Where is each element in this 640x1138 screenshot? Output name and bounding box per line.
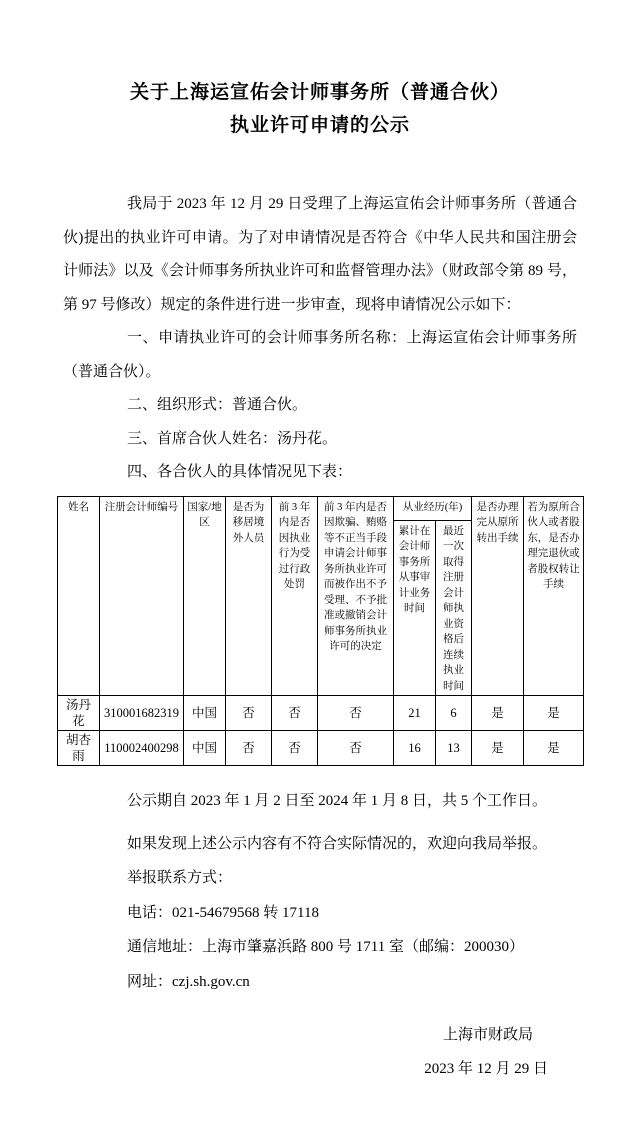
col-header-admin-penalty-3y: 前 3 年内是否因执业行为受过行政处罚 (272, 496, 318, 696)
document-title-line-1: 关于上海运宣佑会计师事务所（普通合伙） (63, 76, 577, 109)
contact-address: 通信地址：上海市肇嘉浜路 800 号 1711 室（邮编：200030） (63, 930, 577, 965)
cell-withdrawal-done: 是 (524, 731, 584, 766)
partner-details-table: 姓名 注册会计师编号 国家/地区 是否为移居境外人员 前 3 年内是否因执业行为… (57, 496, 584, 767)
notice-document-page: 关于上海运宣佑会计师事务所（普通合伙） 执业许可申请的公示 我局于 2023 年… (0, 0, 640, 1138)
cell-admin-penalty-3y: 否 (272, 696, 318, 731)
cell-fraud-rejection-3y: 否 (318, 731, 394, 766)
col-header-transfer-out-done: 是否办理完从原所转出手续 (472, 496, 524, 696)
contact-website: 网址：czj.sh.gov.cn (63, 965, 577, 1000)
report-invitation-paragraph: 如果发现上述公示内容有不符合实际情况的，欢迎向我局举报。 (63, 828, 577, 862)
cell-emigrated-abroad: 否 (226, 696, 272, 731)
cell-name: 胡杏雨 (58, 731, 100, 766)
signature-block: 上海市财政局 2023 年 12 月 29 日 (63, 1019, 577, 1086)
cell-audit-years-total: 21 (394, 696, 436, 731)
col-header-withdrawal-done: 若为原所合伙人或者股东，是否办理完退伙或者股权转让手续 (524, 496, 584, 696)
item-organization-form: 二、组织形式：普通合伙。 (63, 389, 577, 423)
col-header-continuous-practice-years: 最近一次取得注册会计师执业资格后连续执业时间 (436, 520, 472, 696)
cell-continuous-practice-years: 13 (436, 731, 472, 766)
cell-emigrated-abroad: 否 (226, 731, 272, 766)
col-header-fraud-rejection-3y: 前 3 年内是否因欺骗、贿赂等不正当手段申请会计师事务所执业许可而被作出不予受理… (318, 496, 394, 696)
col-header-emigrated-abroad: 是否为移居境外人员 (226, 496, 272, 696)
cell-continuous-practice-years: 6 (436, 696, 472, 731)
cell-cpa-number: 310001682319 (100, 696, 184, 731)
contact-phone: 电话：021-54679568 转 17118 (63, 896, 577, 931)
cell-country-region: 中国 (184, 731, 226, 766)
table-row-partner-2: 胡杏雨 110002400298 中国 否 否 否 16 13 是 是 (58, 731, 584, 766)
document-title: 关于上海运宣佑会计师事务所（普通合伙） 执业许可申请的公示 (63, 76, 577, 142)
cell-country-region: 中国 (184, 696, 226, 731)
cell-transfer-out-done: 是 (472, 731, 524, 766)
cell-audit-years-total: 16 (394, 731, 436, 766)
cell-withdrawal-done: 是 (524, 696, 584, 731)
col-header-country-region: 国家/地区 (184, 496, 226, 696)
col-header-name: 姓名 (58, 496, 100, 696)
cell-name: 汤丹花 (58, 696, 100, 731)
cell-admin-penalty-3y: 否 (272, 731, 318, 766)
item-chief-partner: 三、首席合伙人姓名：汤丹花。 (63, 423, 577, 457)
cell-fraud-rejection-3y: 否 (318, 696, 394, 731)
issuing-agency: 上海市财政局 (63, 1019, 577, 1053)
notice-period-paragraph: 公示期自 2023 年 1 月 2 日至 2024 年 1 月 8 日，共 5 … (63, 785, 577, 819)
contact-heading: 举报联系方式： (63, 861, 577, 896)
item-firm-name: 一、申请执业许可的会计师事务所名称：上海运宣佑会计师事务所（普通合伙）。 (63, 322, 577, 389)
document-title-line-2: 执业许可申请的公示 (63, 109, 577, 142)
col-header-audit-years-total: 累计在会计师事务所从事审计业务时间 (394, 520, 436, 696)
issue-date: 2023 年 12 月 29 日 (63, 1053, 577, 1087)
intro-paragraph: 我局于 2023 年 12 月 29 日受理了上海运宣佑会计师事务所（普通合伙)… (63, 188, 577, 322)
item-partner-table-intro: 四、各合伙人的具体情况见下表： (63, 456, 577, 490)
cell-transfer-out-done: 是 (472, 696, 524, 731)
col-header-experience-years-group: 从业经历(年) (394, 496, 472, 520)
col-header-cpa-number: 注册会计师编号 (100, 496, 184, 696)
table-row-partner-1: 汤丹花 310001682319 中国 否 否 否 21 6 是 是 (58, 696, 584, 731)
cell-cpa-number: 110002400298 (100, 731, 184, 766)
